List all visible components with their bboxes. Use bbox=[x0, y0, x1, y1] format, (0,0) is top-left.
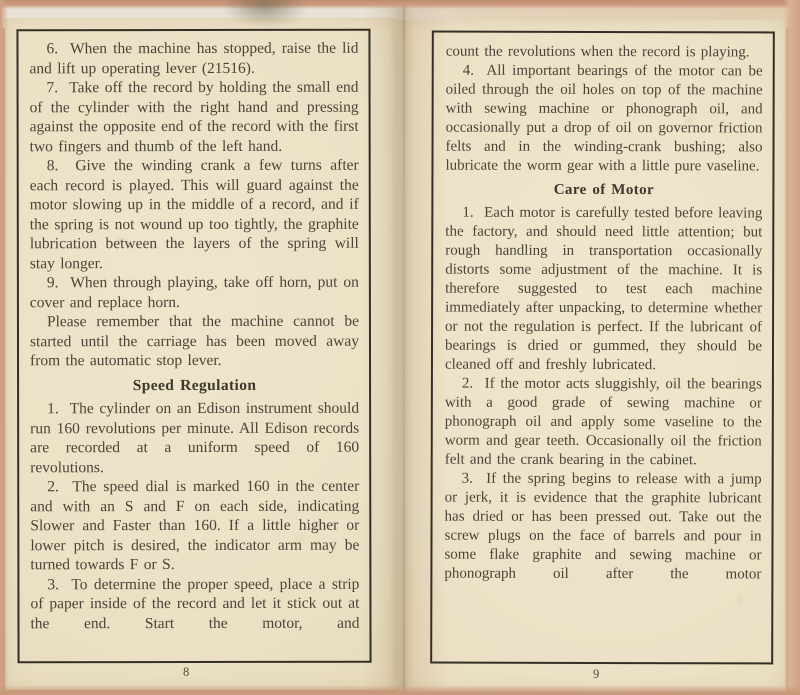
paragraph-speed-2: 2. The speed dial is marked 160 in the c… bbox=[30, 477, 359, 575]
paragraph-motor-3: 3. If the spring begins to release with … bbox=[444, 470, 761, 585]
paragraph-step-7: 7. Take off the record by holding the sm… bbox=[30, 78, 359, 157]
paragraph-please-remember: Please remember that the machine cannot … bbox=[30, 312, 359, 371]
paragraph-speed-1: 1. The cylinder on an Edison instrument … bbox=[30, 399, 359, 478]
heading-speed-regulation: Speed Regulation bbox=[30, 375, 359, 395]
paragraph-step-4-oiling: 4. All important bearings of the motor c… bbox=[445, 62, 762, 177]
page-number-left: 8 bbox=[183, 665, 189, 680]
page-edge-right bbox=[783, 0, 800, 695]
paragraph-motor-2: 2. If the motor acts sluggishly, oil the… bbox=[445, 375, 762, 471]
paragraph-step-8: 8. Give the winding crank a few turns af… bbox=[30, 156, 359, 274]
page-edge-top bbox=[0, 0, 800, 9]
page-number-right: 9 bbox=[593, 667, 599, 682]
paragraph-step-9: 9. When through playing, take off horn, … bbox=[30, 273, 359, 313]
page-edge-left bbox=[0, 0, 8, 695]
fold-crease-line bbox=[403, 0, 405, 695]
paragraph-continued-from-left: count the revolutions when the record is… bbox=[446, 43, 763, 63]
paragraph-motor-1: 1. Each motor is carefully tested before… bbox=[445, 204, 762, 376]
paragraph-speed-3: 3. To determine the proper speed, place … bbox=[30, 574, 359, 633]
paragraph-step-6: 6. When the machine has stopped, raise t… bbox=[29, 39, 358, 79]
heading-care-of-motor: Care of Motor bbox=[445, 181, 762, 201]
page-edge-bottom bbox=[0, 685, 800, 695]
right-page-text-frame: count the revolutions when the record is… bbox=[430, 31, 775, 665]
ink-smudge-stain bbox=[222, 0, 307, 28]
left-page-text-frame: 6. When the machine has stopped, raise t… bbox=[16, 29, 371, 664]
scanned-booklet-photo: 6. When the machine has stopped, raise t… bbox=[0, 0, 800, 695]
